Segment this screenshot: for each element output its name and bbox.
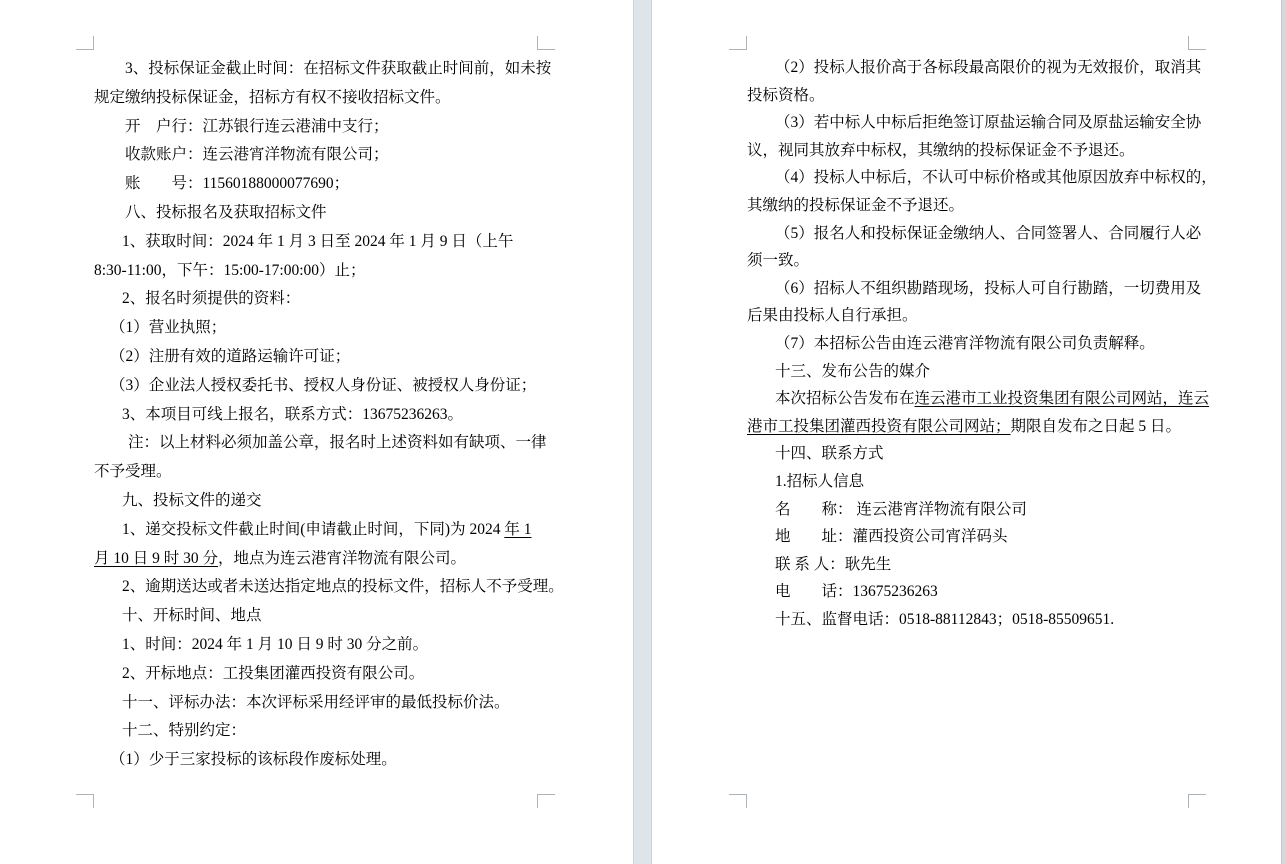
text-segment: 1、时间：2024 年 1 月 10 日 9 时 30 分之前。: [122, 636, 428, 653]
text-line: 2、逾期送达或者未送达指定地点的投标文件，招标人不予受理。: [94, 573, 546, 602]
text-segment: 名 称： 连云港宵洋物流有限公司: [775, 501, 1027, 518]
text-segment: 八、投标报名及获取招标文件: [125, 204, 327, 221]
text-line: （1）营业执照；: [94, 314, 546, 343]
text-line: 注：以上材料必须加盖公章，报名时上述资料如有缺项、一律: [94, 429, 546, 458]
text-segment: 十二、特别约定：: [122, 722, 246, 739]
text-segment: ，地点为连云港宵洋物流有限公司。: [218, 550, 466, 567]
text-line: 1.招标人信息: [747, 468, 1199, 496]
text-segment: 1、获取时间：2024 年 1 月 3 日至 2024 年 1 月 9 日（上午: [122, 233, 513, 250]
text-line: 3、本项目可线上报名，联系方式：13675236263。: [94, 401, 546, 430]
text-line: 不予受理。: [94, 458, 546, 487]
crop-mark-top-right-icon: [537, 36, 555, 50]
text-segment: 十三、发布公告的媒介: [775, 363, 930, 380]
text-segment: 十一、评标办法：本次评标采用经评审的最低投标价法。: [122, 694, 510, 711]
underlined-text: 年 1: [504, 521, 531, 538]
text-line: 1、递交投标文件截止时间(申请截止时间，下同)为 2024 年 1: [94, 516, 546, 545]
text-line: 港市工投集团灌西投资有限公司网站；期限自发布之日起 5 日。: [747, 413, 1199, 441]
text-segment: （6）招标人不组织勘踏现场，投标人可自行勘踏，一切费用及: [775, 280, 1201, 297]
crop-mark-bottom-left-icon: [729, 794, 747, 808]
text-segment: 3、投标保证金截止时间：在招标文件获取截止时间前，如未按: [125, 60, 551, 77]
text-line: 十四、联系方式: [747, 440, 1199, 468]
text-line: （2）投标人报价高于各标段最高限价的视为无效报价，取消其: [747, 54, 1199, 82]
text-line: 后果由投标人自行承担。: [747, 302, 1199, 330]
crop-mark-top-left-icon: [76, 36, 94, 50]
text-segment: 地 址：灌西投资公司宵洋码头: [775, 528, 1008, 545]
text-line: 十五、监督电话：0518-88112843；0518-85509651.: [747, 606, 1199, 634]
text-line: 地 址：灌西投资公司宵洋码头: [747, 523, 1199, 551]
text-line: 1、时间：2024 年 1 月 10 日 9 时 30 分之前。: [94, 631, 546, 660]
text-segment: 账 号：11560188000077690；: [125, 175, 349, 192]
text-line: 月 10 日 9 时 30 分，地点为连云港宵洋物流有限公司。: [94, 545, 546, 574]
page-2[interactable]: （2）投标人报价高于各标段最高限价的视为无效报价，取消其投标资格。（3）若中标人…: [652, 0, 1281, 864]
text-line: 收款账户：连云港宵洋物流有限公司；: [94, 141, 546, 170]
text-line: 1、获取时间：2024 年 1 月 3 日至 2024 年 1 月 9 日（上午: [94, 228, 546, 257]
text-segment: 本次招标公告发布在: [775, 390, 915, 407]
text-line: 2、开标地点：工投集团灌西投资有限公司。: [94, 660, 546, 689]
crop-mark-bottom-left-icon: [76, 794, 94, 808]
text-segment: 须一致。: [747, 252, 809, 269]
crop-mark-top-left-icon: [729, 36, 747, 50]
page-1-text: 3、投标保证金截止时间：在招标文件获取截止时间前，如未按规定缴纳投标保证金，招标…: [94, 50, 546, 775]
text-segment: （3）若中标人中标后拒绝签订原盐运输合同及原盐运输安全协: [775, 114, 1201, 131]
text-segment: 十五、监督电话：0518-88112843；0518-85509651.: [775, 611, 1114, 628]
underlined-text: 港市工投集团灌西投资有限公司网站；: [747, 418, 1011, 435]
text-line: 3、投标保证金截止时间：在招标文件获取截止时间前，如未按: [94, 55, 546, 84]
text-segment: 规定缴纳投标保证金，招标方有权不接收招标文件。: [94, 89, 451, 106]
text-segment: 十、开标时间、地点: [122, 607, 262, 624]
page-1[interactable]: 3、投标保证金截止时间：在招标文件获取截止时间前，如未按规定缴纳投标保证金，招标…: [0, 0, 633, 864]
page-2-text: （2）投标人报价高于各标段最高限价的视为无效报价，取消其投标资格。（3）若中标人…: [747, 50, 1199, 633]
text-segment: 议，视同其放弃中标权，其缴纳的投标保证金不予退还。: [747, 142, 1135, 159]
crop-mark-bottom-right-icon: [1188, 794, 1206, 808]
text-line: （1）少于三家投标的该标段作废标处理。: [94, 746, 546, 775]
text-line: 电 话：13675236263: [747, 578, 1199, 606]
text-segment: 开 户行：江苏银行连云港浦中支行；: [125, 118, 389, 135]
text-line: 须一致。: [747, 247, 1199, 275]
text-segment: 2、报名时须提供的资料：: [122, 290, 300, 307]
text-line: 十三、发布公告的媒介: [747, 358, 1199, 386]
text-segment: 其缴纳的投标保证金不予退还。: [747, 197, 964, 214]
text-line: 名 称： 连云港宵洋物流有限公司: [747, 496, 1199, 524]
text-line: 规定缴纳投标保证金，招标方有权不接收招标文件。: [94, 84, 546, 113]
text-line: （3）若中标人中标后拒绝签订原盐运输合同及原盐运输安全协: [747, 109, 1199, 137]
text-line: 议，视同其放弃中标权，其缴纳的投标保证金不予退还。: [747, 137, 1199, 165]
text-segment: （2）投标人报价高于各标段最高限价的视为无效报价，取消其: [775, 59, 1201, 76]
underlined-text: 月 10 日 9 时 30 分: [94, 550, 218, 567]
text-segment: 联 系 人：耿先生: [775, 556, 891, 573]
text-segment: 十四、联系方式: [775, 445, 884, 462]
text-line: 开 户行：江苏银行连云港浦中支行；: [94, 113, 546, 142]
text-line: 其缴纳的投标保证金不予退还。: [747, 192, 1199, 220]
text-line: 十、开标时间、地点: [94, 602, 546, 631]
text-segment: 期限自发布之日起 5 日。: [1011, 418, 1182, 435]
text-segment: 电 话：13675236263: [775, 583, 938, 600]
text-line: 账 号：11560188000077690；: [94, 170, 546, 199]
text-line: 八、投标报名及获取招标文件: [94, 199, 546, 228]
text-segment: 1、递交投标文件截止时间(申请截止时间，下同)为 2024: [122, 521, 504, 538]
text-line: （2）注册有效的道路运输许可证；: [94, 343, 546, 372]
text-segment: 后果由投标人自行承担。: [747, 307, 918, 324]
crop-mark-top-right-icon: [1188, 36, 1206, 50]
text-line: 本次招标公告发布在连云港市工业投资集团有限公司网站，连云: [747, 385, 1199, 413]
text-segment: 不予受理。: [94, 463, 172, 480]
crop-mark-bottom-right-icon: [537, 794, 555, 808]
text-segment: （1）少于三家投标的该标段作废标处理。: [110, 751, 397, 768]
text-segment: （1）营业执照；: [110, 319, 226, 336]
text-segment: （2）注册有效的道路运输许可证；: [110, 348, 350, 365]
page-gap: [633, 0, 652, 864]
text-line: 十一、评标办法：本次评标采用经评审的最低投标价法。: [94, 689, 546, 718]
text-line: （3）企业法人授权委托书、授权人身份证、被授权人身份证；: [94, 372, 546, 401]
text-segment: 8:30-11:00，下午：15:00-17:00:00）止；: [94, 262, 366, 279]
text-segment: （7）本招标公告由连云港宵洋物流有限公司负责解释。: [775, 335, 1155, 352]
underlined-text: 连云港市工业投资集团有限公司网站，连云: [915, 390, 1210, 407]
text-line: 投标资格。: [747, 82, 1199, 110]
text-line: （7）本招标公告由连云港宵洋物流有限公司负责解释。: [747, 330, 1199, 358]
text-segment: 2、开标地点：工投集团灌西投资有限公司。: [122, 665, 424, 682]
text-segment: 2、逾期送达或者未送达指定地点的投标文件，招标人不予受理。: [122, 578, 564, 595]
text-segment: （5）报名人和投标保证金缴纳人、合同签署人、合同履行人必: [775, 225, 1201, 242]
text-segment: （4）投标人中标后，不认可中标价格或其他原因放弃中标权的，: [775, 169, 1217, 186]
text-line: （6）招标人不组织勘踏现场，投标人可自行勘踏，一切费用及: [747, 275, 1199, 303]
text-segment: 注：以上材料必须加盖公章，报名时上述资料如有缺项、一律: [128, 434, 547, 451]
text-segment: （3）企业法人授权委托书、授权人身份证、被授权人身份证；: [110, 377, 536, 394]
text-line: （5）报名人和投标保证金缴纳人、合同签署人、合同履行人必: [747, 220, 1199, 248]
text-line: 2、报名时须提供的资料：: [94, 285, 546, 314]
text-segment: 投标资格。: [747, 87, 825, 104]
text-segment: 3、本项目可线上报名，联系方式：13675236263。: [122, 406, 463, 423]
text-line: 九、投标文件的递交: [94, 487, 546, 516]
text-line: 十二、特别约定：: [94, 717, 546, 746]
text-line: 联 系 人：耿先生: [747, 551, 1199, 579]
canvas-edge-strip: [1281, 0, 1286, 864]
text-segment: 九、投标文件的递交: [122, 492, 262, 509]
text-line: 8:30-11:00，下午：15:00-17:00:00）止；: [94, 257, 546, 286]
text-segment: 收款账户：连云港宵洋物流有限公司；: [125, 146, 389, 163]
text-segment: 1.招标人信息: [775, 473, 864, 490]
text-line: （4）投标人中标后，不认可中标价格或其他原因放弃中标权的，: [747, 164, 1199, 192]
